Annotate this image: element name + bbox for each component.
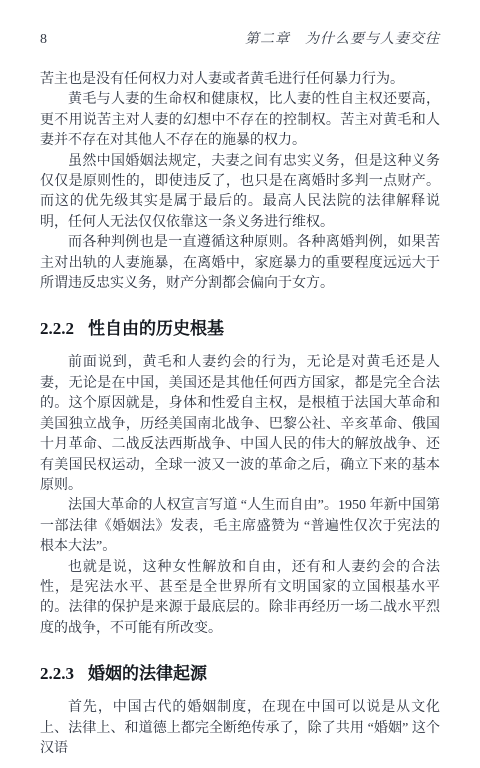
paragraph-declaration: 法国大革命的人权宣言写道 “人生而自由”。1950 年新中国第一部法律《婚姻法》… bbox=[40, 496, 440, 557]
page-number: 8 bbox=[40, 32, 47, 48]
paragraph-intro: 苦主也是没有任何权力对人妻或者黄毛进行任何暴力行为。 bbox=[40, 70, 440, 90]
section-number: 2.2.3 bbox=[40, 664, 74, 683]
paragraph-history: 前面说到，黄毛和人妻约会的行为，无论是对黄毛还是人妻，无论是在中国，美国还是其他… bbox=[40, 353, 440, 496]
paragraph-marriage-law: 虽然中国婚姻法规定，夫妻之间有忠实义务，但是这种义务仅仅是原则性的，即使违反了，… bbox=[40, 152, 440, 234]
paragraph-rights: 黄毛与人妻的生命权和健康权，比人妻的性自主权还要高，更不用说苦主对人妻的幻想中不… bbox=[40, 90, 440, 151]
body-text: 苦主也是没有任何权力对人妻或者黄毛进行任何暴力行为。 黄毛与人妻的生命权和健康权… bbox=[40, 70, 440, 759]
paragraph-ancient-marriage: 首先，中国古代的婚姻制度，在现在中国可以说是从文化上、法律上、和道德上都完全断绝… bbox=[40, 698, 440, 759]
document-page: 8 第二章 为什么要与人妻交往 苦主也是没有任何权力对人妻或者黄毛进行任何暴力行… bbox=[0, 0, 480, 768]
section-title: 婚姻的法律起源 bbox=[88, 664, 207, 683]
paragraph-precedents: 而各种判例也是一直遵循这种原则。各种离婚判例，如果苦主对出轨的人妻施暴，在离婚中… bbox=[40, 233, 440, 294]
paragraph-constitution: 也就是说，这种女性解放和自由，还有和人妻约会的合法性，是宪法水平、甚至是全世界所… bbox=[40, 558, 440, 640]
section-number: 2.2.2 bbox=[40, 319, 74, 338]
running-header: 8 第二章 为什么要与人妻交往 bbox=[40, 28, 440, 48]
chapter-running-title: 第二章 为什么要与人妻交往 bbox=[245, 28, 440, 48]
section-title: 性自由的历史根基 bbox=[88, 319, 224, 338]
section-heading-2-2-2: 2.2.2性自由的历史根基 bbox=[40, 318, 440, 340]
section-heading-2-2-3: 2.2.3婚姻的法律起源 bbox=[40, 663, 440, 685]
